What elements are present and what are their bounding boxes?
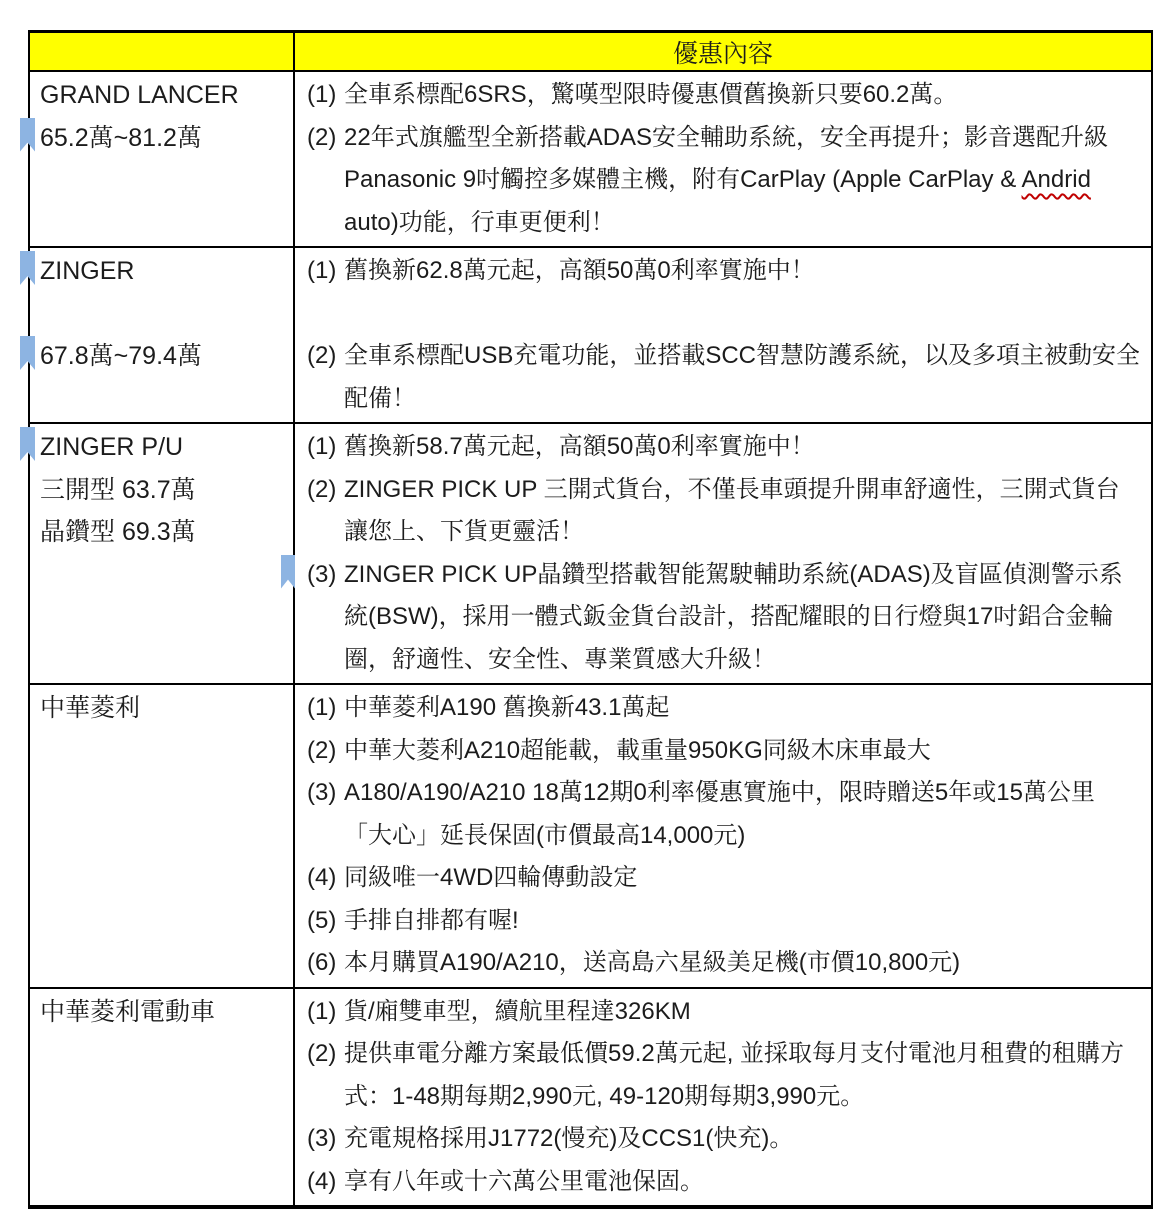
item-text: A180/A190/A210 18萬12期0利率優惠實施中，限時贈送5年或15萬… — [344, 772, 1139, 857]
item-number: (3) — [307, 554, 344, 597]
item-text: 充電規格採用J1772(慢充)及CCS1(快充)。 — [344, 1118, 1139, 1161]
document-page: 優惠內容 GRAND LANCER65.2萬~81.2萬(1)全車系標配6SRS… — [0, 0, 1175, 1224]
model-line: 中華菱利 — [40, 687, 287, 730]
promo-item: (3)ZINGER PICK UP晶鑽型搭載智能駕駛輔助系統(ADAS)及盲區偵… — [307, 554, 1139, 682]
item-text: 本月購買A190/A210，送高島六星級美足機(市價10,800元) — [344, 942, 1139, 985]
item-number: (4) — [307, 857, 344, 900]
blank-line — [40, 293, 287, 336]
promo-item: (1)貨/廂雙車型，續航里程達326KM — [307, 991, 1139, 1034]
item-number: (3) — [307, 772, 344, 815]
model-name-cell: GRAND LANCER65.2萬~81.2萬 — [29, 71, 294, 247]
item-line: 貨/廂雙車型，續航里程達326KM — [344, 991, 1139, 1034]
item-line: 統(BSW)，採用一體式鈑金貨台設計，搭配耀眼的日行燈與17吋鋁合金輪 — [344, 596, 1139, 639]
item-line: 讓您上、下貨更靈活！ — [344, 511, 1139, 554]
model-line: 67.8萬~79.4萬 — [40, 335, 287, 378]
item-line: 享有八年或十六萬公里電池保固。 — [344, 1161, 1139, 1204]
promo-item: (4)同級唯一4WD四輪傳動設定 — [307, 857, 1139, 900]
promo-table: 優惠內容 GRAND LANCER65.2萬~81.2萬(1)全車系標配6SRS… — [28, 30, 1153, 1209]
table-row: ZINGER P/U三開型 63.7萬晶鑽型 69.3萬(1)舊換新58.7萬元… — [29, 423, 1152, 684]
item-number: (6) — [307, 942, 344, 985]
bookmark-icon — [20, 251, 35, 285]
promo-item: (2)22年式旗艦型全新搭載ADAS安全輔助系統，安全再提升；影音選配升級Pan… — [307, 117, 1139, 245]
promo-item: (1)中華菱利A190 舊換新43.1萬起 — [307, 687, 1139, 730]
item-line: 舊換新58.7萬元起，高額50萬0利率實施中！ — [344, 426, 1139, 469]
item-text: 同級唯一4WD四輪傳動設定 — [344, 857, 1139, 900]
item-text: 貨/廂雙車型，續航里程達326KM — [344, 991, 1139, 1034]
item-line: 手排自排都有喔! — [344, 900, 1139, 943]
item-text: 提供車電分離方案最低價59.2萬元起, 並採取每月支付電池月租費的租購方式：1-… — [344, 1033, 1139, 1118]
bookmark-icon — [20, 118, 35, 152]
promo-item: (2)ZINGER PICK UP 三開式貨台，不僅長車頭提升開車舒適性，三開式… — [307, 469, 1139, 554]
item-line: 22年式旗艦型全新搭載ADAS安全輔助系統，安全再提升；影音選配升級 — [344, 117, 1139, 160]
model-name-cell: 中華菱利 — [29, 684, 294, 988]
model-line: 晶鑽型 69.3萬 — [40, 511, 287, 554]
item-line: Panasonic 9吋觸控多媒體主機，附有CarPlay (Apple Car… — [344, 159, 1139, 202]
item-line: 配備！ — [344, 378, 1139, 421]
promo-content-cell: (1)舊換新58.7萬元起，高額50萬0利率實施中！(2)ZINGER PICK… — [294, 423, 1152, 684]
item-text: 享有八年或十六萬公里電池保固。 — [344, 1161, 1139, 1204]
model-name-cell: ZINGER67.8萬~79.4萬 — [29, 247, 294, 423]
item-number: (2) — [307, 1033, 344, 1076]
promo-item: (2)中華大菱利A210超能載，載重量950KG同級木床車最大 — [307, 730, 1139, 773]
item-line: 同級唯一4WD四輪傳動設定 — [344, 857, 1139, 900]
item-line: 充電規格採用J1772(慢充)及CCS1(快充)。 — [344, 1118, 1139, 1161]
header-row: 優惠內容 — [29, 32, 1152, 72]
item-number: (2) — [307, 335, 344, 378]
item-number: (1) — [307, 426, 344, 469]
item-line: 本月購買A190/A210，送高島六星級美足機(市價10,800元) — [344, 942, 1139, 985]
bookmark-icon — [20, 336, 35, 370]
promo-content-cell: (1)全車系標配6SRS，驚嘆型限時優惠價舊換新只要60.2萬。(2)22年式旗… — [294, 71, 1152, 247]
promo-item: (4)享有八年或十六萬公里電池保固。 — [307, 1161, 1139, 1204]
item-number: (2) — [307, 469, 344, 512]
promo-content-cell: (1)貨/廂雙車型，續航里程達326KM(2)提供車電分離方案最低價59.2萬元… — [294, 988, 1152, 1208]
table-row: 中華菱利電動車(1)貨/廂雙車型，續航里程達326KM(2)提供車電分離方案最低… — [29, 988, 1152, 1208]
model-line: 三開型 63.7萬 — [40, 469, 287, 512]
model-line: 中華菱利電動車 — [40, 991, 287, 1034]
promo-item: (3)充電規格採用J1772(慢充)及CCS1(快充)。 — [307, 1118, 1139, 1161]
item-line: 提供車電分離方案最低價59.2萬元起, 並採取每月支付電池月租費的租購方 — [344, 1033, 1139, 1076]
item-line: 式：1-48期每期2,990元, 49-120期每期3,990元。 — [344, 1076, 1139, 1119]
promo-content-cell: (1)舊換新62.8萬元起，高額50萬0利率實施中！(2)全車系標配USB充電功… — [294, 247, 1152, 423]
promo-item: (2)提供車電分離方案最低價59.2萬元起, 並採取每月支付電池月租費的租購方式… — [307, 1033, 1139, 1118]
item-text: 全車系標配USB充電功能，並搭載SCC智慧防護系統，以及多項主被動安全配備！ — [344, 335, 1139, 420]
item-line: 「大心」延長保固(市價最高14,000元) — [344, 815, 1139, 858]
promo-item: (6)本月購買A190/A210，送高島六星級美足機(市價10,800元) — [307, 942, 1139, 985]
promo-item: (1)全車系標配6SRS，驚嘆型限時優惠價舊換新只要60.2萬。 — [307, 74, 1139, 117]
item-number: (1) — [307, 74, 344, 117]
item-line: 圈，舒適性、安全性、專業質感大升級！ — [344, 639, 1139, 682]
table-row: GRAND LANCER65.2萬~81.2萬(1)全車系標配6SRS，驚嘆型限… — [29, 71, 1152, 247]
item-text: 中華菱利A190 舊換新43.1萬起 — [344, 687, 1139, 730]
item-text: 舊換新62.8萬元起，高額50萬0利率實施中！ — [344, 250, 1139, 293]
item-number: (4) — [307, 1161, 344, 1204]
item-line: ZINGER PICK UP 三開式貨台，不僅長車頭提升開車舒適性，三開式貨台 — [344, 469, 1139, 512]
item-text: ZINGER PICK UP 三開式貨台，不僅長車頭提升開車舒適性，三開式貨台讓… — [344, 469, 1139, 554]
item-text: 中華大菱利A210超能載，載重量950KG同級木床車最大 — [344, 730, 1139, 773]
model-line: GRAND LANCER — [40, 74, 287, 117]
item-number: (3) — [307, 1118, 344, 1161]
promo-item: (1)舊換新62.8萬元起，高額50萬0利率實施中！ — [307, 250, 1139, 293]
item-line: 全車系標配USB充電功能，並搭載SCC智慧防護系統，以及多項主被動安全 — [344, 335, 1139, 378]
item-line: auto)功能，行車更便利！ — [344, 202, 1139, 245]
item-text: 舊換新58.7萬元起，高額50萬0利率實施中！ — [344, 426, 1139, 469]
item-line: 舊換新62.8萬元起，高額50萬0利率實施中！ — [344, 250, 1139, 293]
promo-item: (5)手排自排都有喔! — [307, 900, 1139, 943]
item-text: 22年式旗艦型全新搭載ADAS安全輔助系統，安全再提升；影音選配升級Panaso… — [344, 117, 1139, 245]
item-number: (1) — [307, 991, 344, 1034]
item-text: 手排自排都有喔! — [344, 900, 1139, 943]
item-line: ZINGER PICK UP晶鑽型搭載智能駕駛輔助系統(ADAS)及盲區偵測警示… — [344, 554, 1139, 597]
item-line: 中華大菱利A210超能載，載重量950KG同級木床車最大 — [344, 730, 1139, 773]
item-line: A180/A190/A210 18萬12期0利率優惠實施中，限時贈送5年或15萬… — [344, 772, 1139, 815]
item-text: ZINGER PICK UP晶鑽型搭載智能駕駛輔助系統(ADAS)及盲區偵測警示… — [344, 554, 1139, 682]
item-number: (2) — [307, 117, 344, 160]
item-line: 中華菱利A190 舊換新43.1萬起 — [344, 687, 1139, 730]
table-body: GRAND LANCER65.2萬~81.2萬(1)全車系標配6SRS，驚嘆型限… — [29, 71, 1152, 1207]
model-name-cell: 中華菱利電動車 — [29, 988, 294, 1208]
table-row: ZINGER67.8萬~79.4萬(1)舊換新62.8萬元起，高額50萬0利率實… — [29, 247, 1152, 423]
item-number: (2) — [307, 730, 344, 773]
table-row: 中華菱利(1)中華菱利A190 舊換新43.1萬起(2)中華大菱利A210超能載… — [29, 684, 1152, 988]
model-line: ZINGER P/U — [40, 426, 287, 469]
promo-item: (1)舊換新58.7萬元起，高額50萬0利率實施中！ — [307, 426, 1139, 469]
item-line: 全車系標配6SRS，驚嘆型限時優惠價舊換新只要60.2萬。 — [344, 74, 1139, 117]
misspelled-word: Andrid — [1022, 166, 1091, 193]
header-content-cell: 優惠內容 — [294, 32, 1152, 72]
item-number: (1) — [307, 687, 344, 730]
item-number: (5) — [307, 900, 344, 943]
item-text: 全車系標配6SRS，驚嘆型限時優惠價舊換新只要60.2萬。 — [344, 74, 1139, 117]
header-model-cell — [29, 32, 294, 72]
promo-item: (2)全車系標配USB充電功能，並搭載SCC智慧防護系統，以及多項主被動安全配備… — [307, 335, 1139, 420]
promo-content-cell: (1)中華菱利A190 舊換新43.1萬起(2)中華大菱利A210超能載，載重量… — [294, 684, 1152, 988]
blank-line — [307, 293, 1139, 336]
item-number: (1) — [307, 250, 344, 293]
model-name-cell: ZINGER P/U三開型 63.7萬晶鑽型 69.3萬 — [29, 423, 294, 684]
promo-item: (3)A180/A190/A210 18萬12期0利率優惠實施中，限時贈送5年或… — [307, 772, 1139, 857]
model-line: 65.2萬~81.2萬 — [40, 117, 287, 160]
bookmark-icon — [20, 427, 35, 461]
model-line: ZINGER — [40, 250, 287, 293]
